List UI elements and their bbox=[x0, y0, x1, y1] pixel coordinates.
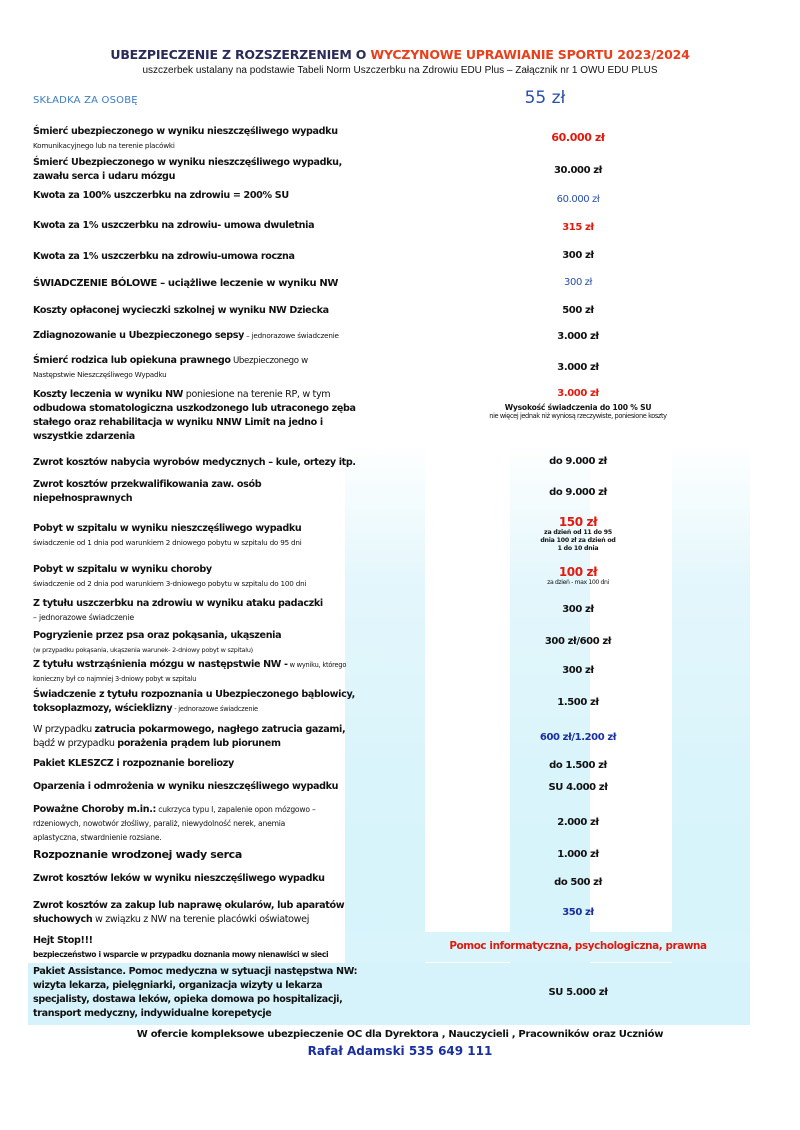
row-value: Pomoc informatyczna, psychologiczna, pra… bbox=[428, 940, 728, 952]
row-value: 300 zł bbox=[428, 250, 728, 261]
offer-text: W ofercie kompleksowe ubezpieczenie OC d… bbox=[0, 1029, 800, 1040]
document-header: UBEZPIECZENIE Z ROZSZERZENIEM O WYCZYNOW… bbox=[0, 47, 800, 76]
row-value: 2.000 zł bbox=[428, 817, 728, 828]
row-label: Hejt Stop!!!bezpieczeństwo i wsparcie w … bbox=[33, 934, 428, 962]
row-label: Kwota za 100% uszczerbku na zdrowiu = 20… bbox=[33, 189, 428, 203]
row-label: Świadczenie z tytułu rozpoznania u Ubezp… bbox=[33, 688, 428, 716]
page-title: UBEZPIECZENIE Z ROZSZERZENIEM O WYCZYNOW… bbox=[0, 47, 800, 62]
row-label: Zwrot kosztów nabycia wyrobów medycznych… bbox=[33, 456, 428, 470]
row-sublabel: konieczny był co najmniej 3-dniowy pobyt… bbox=[33, 675, 196, 683]
row-value-amount: 150 zł bbox=[428, 515, 728, 529]
row-label: Kwota za 1% uszczerbku na zdrowiu-umowa … bbox=[33, 250, 428, 264]
row-sublabel: Następstwie Nieszczęśliwego Wypadku bbox=[33, 370, 166, 379]
row-value: 150 zł za dzień od 11 do 95dnia 100 zł z… bbox=[428, 515, 728, 553]
row-value-note: za dzień - max 100 dni bbox=[428, 579, 728, 587]
row-value: do 9.000 zł bbox=[428, 456, 728, 467]
row-label: Z tytułu uszczerbku na zdrowiu w wyniku … bbox=[33, 597, 428, 625]
row-label: Pobyt w szpitalu w wyniku chorobyświadcz… bbox=[33, 563, 428, 591]
row-value: do 500 zł bbox=[428, 877, 728, 888]
row-label: Koszty opłaconej wycieczki szkolnej w wy… bbox=[33, 304, 428, 318]
row-value-note: za dzień od 11 do 95dnia 100 zł za dzień… bbox=[428, 529, 728, 553]
row-label: Z tytułu wstrząśnienia mózgu w następstw… bbox=[33, 658, 428, 686]
row-label: Rozpoznanie wrodzonej wady serca bbox=[33, 848, 428, 862]
title-highlight: WYCZYNOWE UPRAWIANIE SPORTU 2023/2024 bbox=[370, 47, 689, 62]
row-value: SU 5.000 zł bbox=[428, 987, 728, 998]
row-label: Śmierć rodzica lub opiekuna prawnego Ube… bbox=[33, 354, 428, 382]
page-subtitle: uszczerbek ustalany na podstawie Tabeli … bbox=[0, 65, 800, 76]
row-value-note: Wysokość świadczenia do 100 % SU bbox=[428, 403, 728, 412]
title-main: UBEZPIECZENIE Z ROZSZERZENIEM O bbox=[110, 47, 370, 62]
row-value: 100 zł za dzień - max 100 dni bbox=[428, 565, 728, 587]
premium-label: SKŁADKA ZA OSOBĘ bbox=[33, 95, 138, 106]
row-value: 300 zł bbox=[428, 277, 728, 288]
row-label: Pakiet KLESZCZ i rozpoznanie boreliozy bbox=[33, 757, 428, 771]
row-value: 60.000 zł bbox=[428, 131, 728, 144]
row-value-note2: nie więcej jednak niż wyniosą rzeczywist… bbox=[428, 412, 728, 421]
row-value: 500 zł bbox=[428, 305, 728, 316]
row-value: 300 zł/600 zł bbox=[428, 636, 728, 647]
row-sublabel: świadczenie od 2 dnia pod warunkiem 3-dn… bbox=[33, 579, 306, 588]
row-value: 350 zł bbox=[428, 907, 728, 918]
row-value: 1.500 zł bbox=[428, 697, 728, 708]
row-value: 60.000 zł bbox=[428, 194, 728, 205]
row-value-amount: 3.000 zł bbox=[428, 388, 728, 399]
row-value-amount: 100 zł bbox=[428, 565, 728, 579]
row-label: Koszty leczenia w wyniku NW poniesione n… bbox=[33, 388, 428, 444]
row-label: Zwrot kosztów leków w wyniku nieszczęśli… bbox=[33, 872, 428, 886]
row-label: Zdiagnozowanie u Ubezpieczonego sepsy – … bbox=[33, 329, 428, 343]
row-label: Poważne Choroby m.in.: cukrzyca typu I, … bbox=[33, 803, 428, 845]
document-footer: W ofercie kompleksowe ubezpieczenie OC d… bbox=[0, 1029, 800, 1058]
row-label: Śmierć Ubezpieczonego w wyniku nieszczęś… bbox=[33, 156, 428, 184]
row-sublabel: (w przypadku pokąsania, ukąszenia warune… bbox=[33, 646, 253, 654]
row-value: do 1.500 zł bbox=[428, 760, 728, 771]
row-value: 3.000 zł bbox=[428, 362, 728, 373]
row-value: 1.000 zł bbox=[428, 849, 728, 860]
row-label: Pobyt w szpitalu w wyniku nieszczęśliweg… bbox=[33, 522, 428, 550]
row-value: SU 4.000 zł bbox=[428, 782, 728, 793]
row-sublabel: świadczenie od 1 dnia pod warunkiem 2 dn… bbox=[33, 538, 302, 547]
row-value: 315 zł bbox=[428, 222, 728, 233]
premium-value: 55 zł bbox=[395, 88, 695, 108]
row-value: 300 zł bbox=[428, 665, 728, 676]
row-value: do 9.000 zł bbox=[428, 487, 728, 498]
row-label: Zwrot kosztów przekwalifikowania zaw. os… bbox=[33, 478, 428, 506]
row-label: Kwota za 1% uszczerbku na zdrowiu- umowa… bbox=[33, 219, 428, 233]
row-label: Pakiet Assistance. Pomoc medyczna w sytu… bbox=[33, 965, 428, 1021]
row-label: Oparzenia i odmrożenia w wyniku nieszczę… bbox=[33, 780, 428, 794]
row-value: 3.000 zł Wysokość świadczenia do 100 % S… bbox=[428, 388, 728, 421]
row-label: Zwrot kosztów za zakup lub naprawę okula… bbox=[33, 899, 428, 927]
row-sublabel: – jednorazowe świadczenie bbox=[33, 613, 134, 622]
row-value: 30.000 zł bbox=[428, 165, 728, 176]
row-label: Pogryzienie przez psa oraz pokąsania, uk… bbox=[33, 629, 428, 657]
row-value: 600 zł/1.200 zł bbox=[428, 732, 728, 743]
row-sublabel: Komunikacyjnego lub na terenie placówki bbox=[33, 141, 175, 150]
row-label: Śmierć ubezpieczonego w wyniku nieszczęś… bbox=[33, 125, 428, 153]
row-label: ŚWIADCZENIE BÓLOWE – uciążliwe leczenie … bbox=[33, 277, 428, 291]
contact-info: Rafał Adamski 535 649 111 bbox=[0, 1044, 800, 1058]
row-value: 3.000 zł bbox=[428, 331, 728, 342]
row-label: W przypadku zatrucia pokarmowego, nagłeg… bbox=[33, 723, 428, 751]
row-value: 300 zł bbox=[428, 604, 728, 615]
